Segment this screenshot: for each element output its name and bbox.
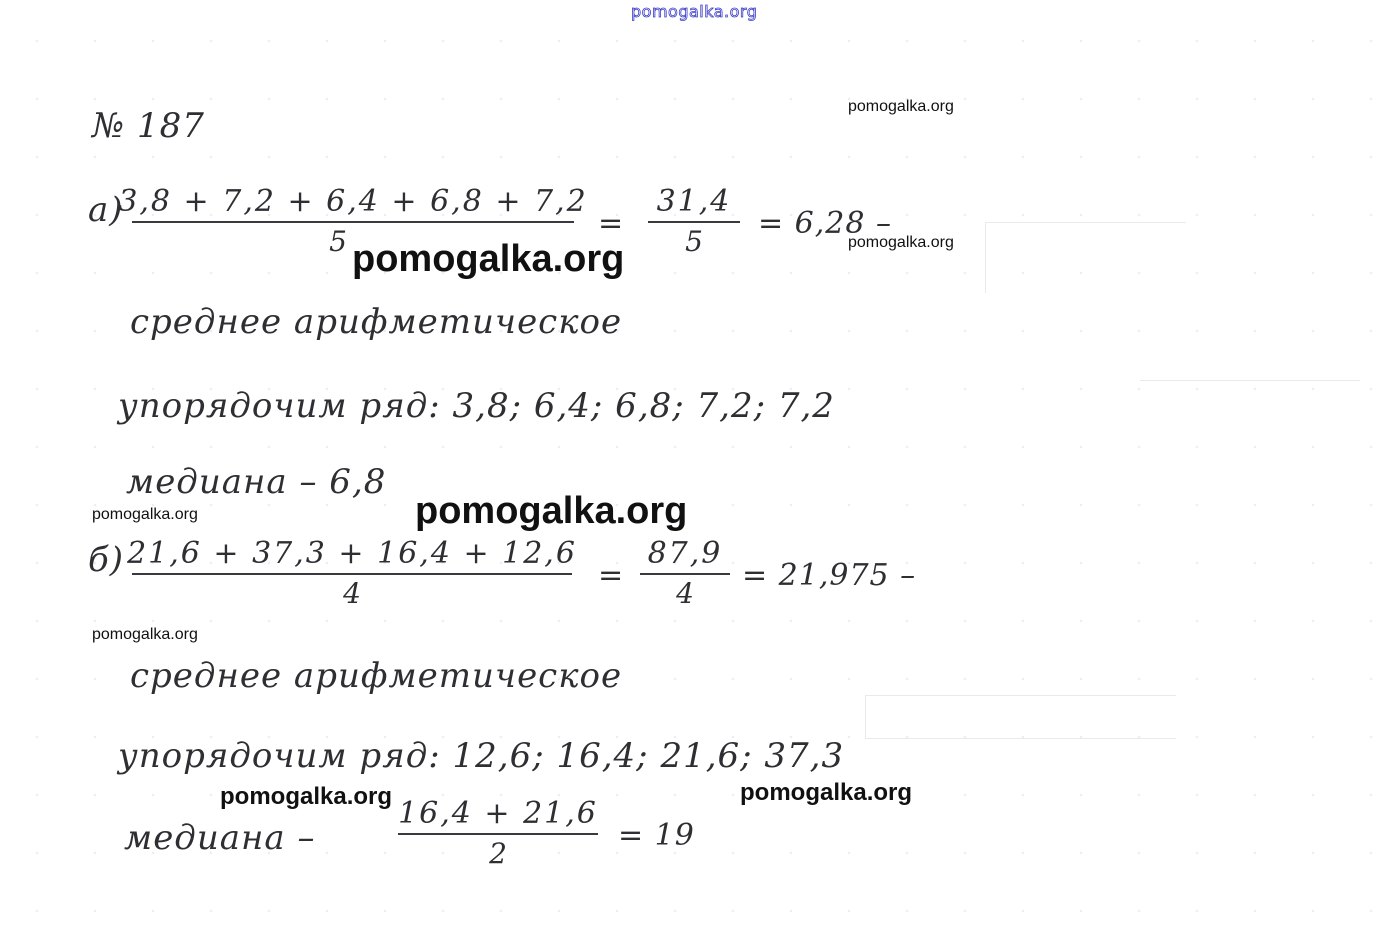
part-b-denominator: 4 bbox=[343, 577, 361, 610]
fraction-bar bbox=[398, 833, 598, 835]
fraction-bar bbox=[648, 221, 740, 223]
watermark: pomogalka.org bbox=[848, 98, 954, 116]
part-b-result-denominator: 4 bbox=[676, 577, 694, 610]
part-b-median-denominator: 2 bbox=[489, 837, 507, 870]
part-b-median-numerator: 16,4 + 21,6 bbox=[394, 796, 602, 831]
problem-number: № 187 bbox=[92, 106, 205, 146]
part-a-ordered-series: упорядочим ряд: 3,8; 6,4; 6,8; 7,2; 7,2 bbox=[118, 386, 835, 426]
part-b-ordered-series: упорядочим ряд: 12,6; 16,4; 21,6; 37,3 bbox=[118, 736, 844, 776]
faint-grid-fragment bbox=[1140, 380, 1360, 381]
watermark: pomogalka.org bbox=[740, 779, 912, 807]
part-b-median-result: = 19 bbox=[618, 818, 695, 853]
part-a-result-denominator: 5 bbox=[685, 225, 703, 258]
part-a-mean-label: среднее арифметическое bbox=[130, 302, 622, 342]
faint-grid-fragment bbox=[985, 222, 1186, 293]
part-a-median: медиана – 6,8 bbox=[126, 462, 386, 502]
watermark-top: pomogalka.org bbox=[631, 2, 757, 21]
watermark: pomogalka.org bbox=[848, 234, 954, 252]
part-a-result-numerator: 31,4 bbox=[653, 184, 736, 219]
part-b-numerator: 21,6 + 37,3 + 16,4 + 12,6 bbox=[123, 536, 581, 571]
part-b-fraction: 21,6 + 37,3 + 16,4 + 12,6 4 bbox=[132, 536, 572, 610]
part-b-result: = 21,975 – bbox=[742, 558, 916, 593]
part-b-mean-label: среднее арифметическое bbox=[130, 656, 622, 696]
part-a-denominator: 5 bbox=[329, 225, 347, 258]
part-b-median-fraction: 16,4 + 21,6 2 bbox=[398, 796, 598, 870]
watermark: pomogalka.org bbox=[352, 238, 624, 281]
watermark: pomogalka.org bbox=[220, 783, 392, 811]
watermark: pomogalka.org bbox=[415, 490, 687, 533]
fraction-bar bbox=[640, 573, 730, 575]
faint-grid-fragment bbox=[865, 695, 1176, 739]
watermark: pomogalka.org bbox=[92, 626, 198, 644]
part-b-label: б) bbox=[88, 540, 124, 580]
part-b-result-fraction: 87,9 4 bbox=[640, 536, 730, 610]
fraction-bar bbox=[132, 573, 572, 575]
part-b-median-label: медиана – bbox=[124, 818, 316, 858]
part-a-numerator: 3,8 + 7,2 + 6,4 + 6,8 + 7,2 bbox=[114, 184, 591, 219]
part-b-equals-1: = bbox=[598, 558, 624, 593]
part-a-equals-1: = bbox=[598, 206, 624, 241]
watermark: pomogalka.org bbox=[92, 506, 198, 524]
part-a-result-fraction: 31,4 5 bbox=[648, 184, 740, 258]
part-b-result-numerator: 87,9 bbox=[644, 536, 727, 571]
fraction-bar bbox=[132, 221, 574, 223]
